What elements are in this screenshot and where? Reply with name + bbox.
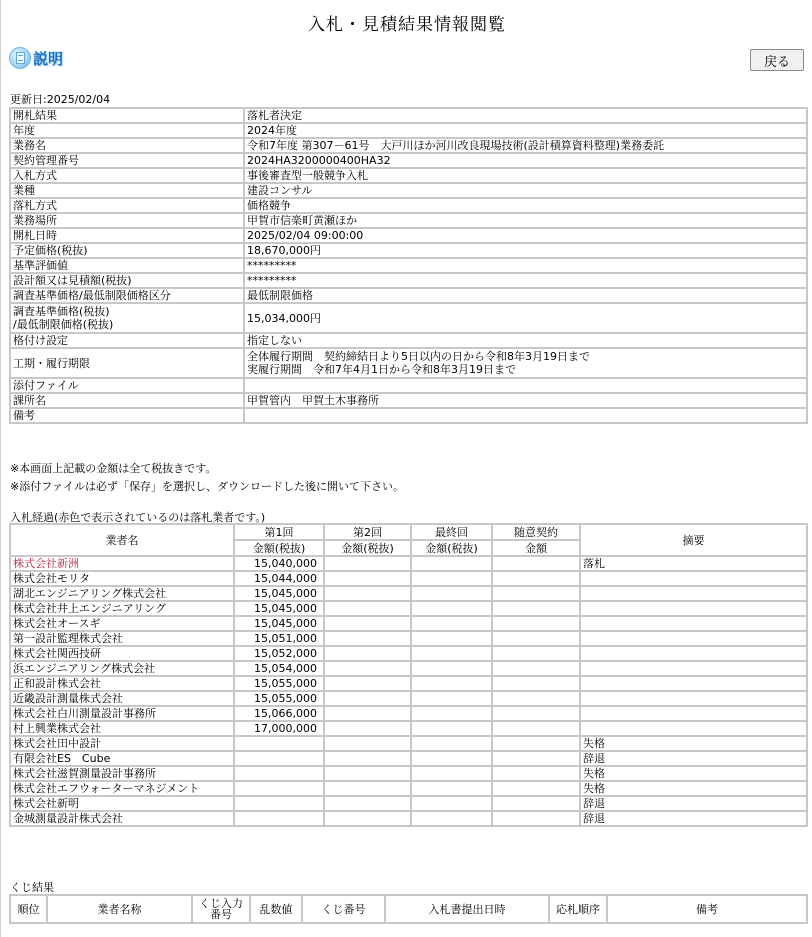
info-label: 年度 bbox=[10, 123, 244, 138]
info-value-text: ********* bbox=[247, 274, 804, 287]
info-label: 業種 bbox=[10, 183, 244, 198]
negotiated-amount bbox=[492, 751, 580, 766]
info-label-text: 開札結果 bbox=[13, 109, 241, 122]
negotiated-amount bbox=[492, 706, 580, 721]
info-label-text: 契約管理番号 bbox=[13, 154, 241, 167]
round1-amount: 15,045,000 bbox=[234, 586, 324, 601]
round2-amount bbox=[324, 556, 411, 571]
bid-row: 村上興業株式会社17,000,000 bbox=[10, 721, 807, 736]
col-header-lottery-no: くじ番号 bbox=[302, 895, 385, 923]
col-header-round1: 第1回 bbox=[234, 524, 324, 540]
bid-remarks bbox=[580, 691, 807, 706]
bid-row: 金城測量設計株式会社辞退 bbox=[10, 811, 807, 826]
bid-remarks bbox=[580, 706, 807, 721]
info-row: 業種建設コンサル bbox=[10, 183, 807, 198]
negotiated-amount bbox=[492, 766, 580, 781]
col-header-remarks: 備考 bbox=[607, 895, 807, 923]
info-label: 格付け設定 bbox=[10, 333, 244, 348]
negotiated-amount bbox=[492, 616, 580, 631]
bidder-name: 村上興業株式会社 bbox=[10, 721, 234, 736]
info-value-text: 事後審査型一般競争入札 bbox=[247, 169, 804, 182]
bid-remarks: 失格 bbox=[580, 766, 807, 781]
info-row: 入札方式事後審査型一般競争入札 bbox=[10, 168, 807, 183]
info-row: 課所名甲賀管内 甲賀土木事務所 bbox=[10, 393, 807, 408]
info-value-text: 甲賀管内 甲賀土木事務所 bbox=[247, 394, 804, 407]
col-header-random-value: 乱数値 bbox=[250, 895, 302, 923]
info-label: 予定価格(税抜) bbox=[10, 243, 244, 258]
final-amount bbox=[411, 556, 492, 571]
col-header-bid-order: 応札順序 bbox=[549, 895, 607, 923]
info-label-text: 業種 bbox=[13, 184, 241, 197]
info-value-text: 令和7年度 第307－61号 大戸川ほか河川改良現場技術(設計積算資料整理)業務… bbox=[247, 139, 804, 152]
bidder-name: 株式会社新洲 bbox=[10, 556, 234, 571]
bid-row: 株式会社白川測量設計事務所15,066,000 bbox=[10, 706, 807, 721]
final-amount bbox=[411, 706, 492, 721]
bid-remarks bbox=[580, 676, 807, 691]
col-subheader-round1-amount: 金額(税抜) bbox=[234, 540, 324, 556]
round1-amount: 15,055,000 bbox=[234, 676, 324, 691]
info-value: 令和7年度 第307－61号 大戸川ほか河川改良現場技術(設計積算資料整理)業務… bbox=[244, 138, 807, 153]
info-value: 事後審査型一般競争入札 bbox=[244, 168, 807, 183]
bidder-name: 株式会社オースギ bbox=[10, 616, 234, 631]
info-value-text: 2024HA3200000400HA32 bbox=[247, 154, 804, 167]
bidder-name: 正和設計株式会社 bbox=[10, 676, 234, 691]
final-amount bbox=[411, 751, 492, 766]
info-label-text: 業務場所 bbox=[13, 214, 241, 227]
final-amount bbox=[411, 691, 492, 706]
info-label-text: 開札日時 bbox=[13, 229, 241, 242]
info-value bbox=[244, 408, 807, 423]
bid-row: 正和設計株式会社15,055,000 bbox=[10, 676, 807, 691]
round1-amount: 15,045,000 bbox=[234, 601, 324, 616]
col-header-rank: 順位 bbox=[10, 895, 47, 923]
info-value-text: 甲賀市信楽町黄瀬ほか bbox=[247, 214, 804, 227]
negotiated-amount bbox=[492, 736, 580, 751]
info-label: 業務名 bbox=[10, 138, 244, 153]
help-label: 説明 bbox=[33, 48, 63, 69]
info-label-text: 基準評価値 bbox=[13, 259, 241, 272]
round2-amount bbox=[324, 736, 411, 751]
final-amount bbox=[411, 646, 492, 661]
negotiated-amount bbox=[492, 571, 580, 586]
info-value-text: 価格競争 bbox=[247, 199, 804, 212]
info-value: 甲賀市信楽町黄瀬ほか bbox=[244, 213, 807, 228]
round2-amount bbox=[324, 796, 411, 811]
bid-row: 株式会社エフウォーターマネジメント失格 bbox=[10, 781, 807, 796]
round1-amount: 15,044,000 bbox=[234, 571, 324, 586]
info-value: 落札者決定 bbox=[244, 108, 807, 123]
bid-row: 有限会社ES Cube辞退 bbox=[10, 751, 807, 766]
bidder-name: 近畿設計測量株式会社 bbox=[10, 691, 234, 706]
bid-row: 株式会社井上エンジニアリング15,045,000 bbox=[10, 601, 807, 616]
round1-amount bbox=[234, 781, 324, 796]
bid-row: 株式会社モリタ15,044,000 bbox=[10, 571, 807, 586]
info-row: 予定価格(税抜)18,670,000円 bbox=[10, 243, 807, 258]
info-label: 調査基準価格/最低制限価格区分 bbox=[10, 288, 244, 303]
round2-amount bbox=[324, 631, 411, 646]
final-amount bbox=[411, 616, 492, 631]
round1-amount bbox=[234, 751, 324, 766]
info-row: 契約管理番号2024HA3200000400HA32 bbox=[10, 153, 807, 168]
negotiated-amount bbox=[492, 796, 580, 811]
bid-remarks bbox=[580, 646, 807, 661]
negotiated-amount bbox=[492, 556, 580, 571]
round2-amount bbox=[324, 706, 411, 721]
bidder-name: 株式会社関西技研 bbox=[10, 646, 234, 661]
round1-amount: 15,054,000 bbox=[234, 661, 324, 676]
bid-row: 第一設計監理株式会社15,051,000 bbox=[10, 631, 807, 646]
info-label: 開札結果 bbox=[10, 108, 244, 123]
final-amount bbox=[411, 601, 492, 616]
info-row: 備考 bbox=[10, 408, 807, 423]
info-value-text: 15,034,000円 bbox=[247, 312, 804, 325]
round1-amount: 17,000,000 bbox=[234, 721, 324, 736]
info-label-text: 落札方式 bbox=[13, 199, 241, 212]
info-value: ********* bbox=[244, 273, 807, 288]
info-value bbox=[244, 378, 807, 393]
bid-row: 株式会社オースギ15,045,000 bbox=[10, 616, 807, 631]
col-header-round2: 第2回 bbox=[324, 524, 411, 540]
negotiated-amount bbox=[492, 661, 580, 676]
info-value-text: 落札者決定 bbox=[247, 109, 804, 122]
round1-amount bbox=[234, 766, 324, 781]
info-label-text: 入札方式 bbox=[13, 169, 241, 182]
round1-amount: 15,055,000 bbox=[234, 691, 324, 706]
bid-row: 株式会社関西技研15,052,000 bbox=[10, 646, 807, 661]
info-row: 調査基準価格/最低制限価格区分最低制限価格 bbox=[10, 288, 807, 303]
info-label: 課所名 bbox=[10, 393, 244, 408]
info-value-text: 2025/02/04 09:00:00 bbox=[247, 229, 804, 242]
bid-remarks bbox=[580, 721, 807, 736]
info-label: 業務場所 bbox=[10, 213, 244, 228]
info-label: 工期・履行期限 bbox=[10, 348, 244, 378]
final-amount bbox=[411, 571, 492, 586]
info-label-text: 格付け設定 bbox=[13, 334, 241, 347]
round1-amount: 15,066,000 bbox=[234, 706, 324, 721]
bid-remarks bbox=[580, 661, 807, 676]
info-value: 2025/02/04 09:00:00 bbox=[244, 228, 807, 243]
info-row: 添付ファイル bbox=[10, 378, 807, 393]
info-value: 2024HA3200000400HA32 bbox=[244, 153, 807, 168]
final-amount bbox=[411, 661, 492, 676]
final-amount bbox=[411, 721, 492, 736]
help-link[interactable]: 説明 bbox=[9, 47, 63, 69]
info-label: 開札日時 bbox=[10, 228, 244, 243]
col-header-negotiated: 随意契約 bbox=[492, 524, 580, 540]
round2-amount bbox=[324, 676, 411, 691]
round2-amount bbox=[324, 691, 411, 706]
round1-amount: 15,040,000 bbox=[234, 556, 324, 571]
bid-history-table: 業者名 第1回 第2回 最終回 随意契約 摘要 金額(税抜) 金額(税抜) 金額… bbox=[9, 523, 808, 827]
info-label-text: /最低制限価格(税抜) bbox=[13, 318, 241, 331]
round1-amount bbox=[234, 796, 324, 811]
negotiated-amount bbox=[492, 631, 580, 646]
bidder-name: 株式会社滋賀測量設計事務所 bbox=[10, 766, 234, 781]
negotiated-amount bbox=[492, 601, 580, 616]
round2-amount bbox=[324, 766, 411, 781]
bidder-name: 第一設計監理株式会社 bbox=[10, 631, 234, 646]
bid-row: 浜エンジニアリング株式会社15,054,000 bbox=[10, 661, 807, 676]
info-label: 調査基準価格(税抜)/最低制限価格(税抜) bbox=[10, 303, 244, 333]
info-label: 契約管理番号 bbox=[10, 153, 244, 168]
info-value-text: 建設コンサル bbox=[247, 184, 804, 197]
info-value-text: 実履行期間 令和7年4月1日から令和8年3月19日まで bbox=[247, 363, 804, 376]
info-label: 備考 bbox=[10, 408, 244, 423]
info-label-text: 添付ファイル bbox=[13, 379, 241, 392]
final-amount bbox=[411, 736, 492, 751]
lottery-caption: くじ結果 bbox=[10, 879, 54, 895]
info-label: 落札方式 bbox=[10, 198, 244, 213]
info-row: 格付け設定指定しない bbox=[10, 333, 807, 348]
round1-amount: 15,051,000 bbox=[234, 631, 324, 646]
bid-remarks: 失格 bbox=[580, 781, 807, 796]
info-row: 工期・履行期限全体履行期間 契約締結日より5日以内の日から令和8年3月19日まで… bbox=[10, 348, 807, 378]
col-header-lottery-input-no: くじ入力番号 bbox=[192, 895, 250, 923]
col-subheader-final-amount: 金額(税抜) bbox=[411, 540, 492, 556]
bid-remarks bbox=[580, 601, 807, 616]
bid-row: 株式会社新明辞退 bbox=[10, 796, 807, 811]
round2-amount bbox=[324, 781, 411, 796]
info-row: 開札日時2025/02/04 09:00:00 bbox=[10, 228, 807, 243]
info-value: 指定しない bbox=[244, 333, 807, 348]
info-label-text: 工期・履行期限 bbox=[13, 357, 241, 370]
info-value: 建設コンサル bbox=[244, 183, 807, 198]
final-amount bbox=[411, 781, 492, 796]
info-label-text: 備考 bbox=[13, 409, 241, 422]
info-row: 基準評価値********* bbox=[10, 258, 807, 273]
final-amount bbox=[411, 766, 492, 781]
info-row: 落札方式価格競争 bbox=[10, 198, 807, 213]
round2-amount bbox=[324, 601, 411, 616]
info-label-text: 予定価格(税抜) bbox=[13, 244, 241, 257]
bidder-name: 株式会社白川測量設計事務所 bbox=[10, 706, 234, 721]
info-label-text: 課所名 bbox=[13, 394, 241, 407]
document-icon bbox=[9, 47, 31, 69]
col-subheader-round2-amount: 金額(税抜) bbox=[324, 540, 411, 556]
final-amount bbox=[411, 811, 492, 826]
info-label: 設計額又は見積額(税抜) bbox=[10, 273, 244, 288]
info-value: ********* bbox=[244, 258, 807, 273]
bid-remarks bbox=[580, 616, 807, 631]
bidder-name: 株式会社田中設計 bbox=[10, 736, 234, 751]
info-value-text: ********* bbox=[247, 259, 804, 272]
info-label-text: 年度 bbox=[13, 124, 241, 137]
info-label-text: 設計額又は見積額(税抜) bbox=[13, 274, 241, 287]
info-value-text: 18,670,000円 bbox=[247, 244, 804, 257]
info-row: 開札結果落札者決定 bbox=[10, 108, 807, 123]
info-value: 2024年度 bbox=[244, 123, 807, 138]
negotiated-amount bbox=[492, 781, 580, 796]
note-attachment: ※添付ファイルは必ず「保存」を選択し、ダウンロードした後に開いて下さい。 bbox=[10, 478, 404, 494]
info-value: 全体履行期間 契約締結日より5日以内の日から令和8年3月19日まで実履行期間 令… bbox=[244, 348, 807, 378]
negotiated-amount bbox=[492, 811, 580, 826]
info-row: 業務場所甲賀市信楽町黄瀬ほか bbox=[10, 213, 807, 228]
final-amount bbox=[411, 631, 492, 646]
negotiated-amount bbox=[492, 646, 580, 661]
lottery-table: 順位業者名称くじ入力番号乱数値くじ番号入札書提出日時応札順序備考 bbox=[9, 894, 808, 924]
bidder-name: 株式会社モリタ bbox=[10, 571, 234, 586]
round1-amount: 15,052,000 bbox=[234, 646, 324, 661]
bid-remarks: 辞退 bbox=[580, 811, 807, 826]
info-value: 最低制限価格 bbox=[244, 288, 807, 303]
info-value: 15,034,000円 bbox=[244, 303, 807, 333]
updated-date: 更新日:2025/02/04 bbox=[10, 91, 110, 107]
info-row: 調査基準価格(税抜)/最低制限価格(税抜)15,034,000円 bbox=[10, 303, 807, 333]
info-value: 価格競争 bbox=[244, 198, 807, 213]
round2-amount bbox=[324, 616, 411, 631]
round2-amount bbox=[324, 811, 411, 826]
round2-amount bbox=[324, 661, 411, 676]
round2-amount bbox=[324, 751, 411, 766]
negotiated-amount bbox=[492, 691, 580, 706]
bid-remarks bbox=[580, 631, 807, 646]
bid-row: 近畿設計測量株式会社15,055,000 bbox=[10, 691, 807, 706]
info-label: 添付ファイル bbox=[10, 378, 244, 393]
info-value: 18,670,000円 bbox=[244, 243, 807, 258]
col-header-name: 業者名 bbox=[10, 524, 234, 556]
bidder-name: 株式会社新明 bbox=[10, 796, 234, 811]
negotiated-amount bbox=[492, 676, 580, 691]
col-header-company: 業者名称 bbox=[47, 895, 192, 923]
round1-amount bbox=[234, 736, 324, 751]
info-row: 年度2024年度 bbox=[10, 123, 807, 138]
bid-row: 株式会社田中設計失格 bbox=[10, 736, 807, 751]
negotiated-amount bbox=[492, 721, 580, 736]
bid-remarks: 落札 bbox=[580, 556, 807, 571]
info-value: 甲賀管内 甲賀土木事務所 bbox=[244, 393, 807, 408]
info-label: 基準評価値 bbox=[10, 258, 244, 273]
final-amount bbox=[411, 676, 492, 691]
round2-amount bbox=[324, 721, 411, 736]
negotiated-amount bbox=[492, 586, 580, 601]
bid-remarks: 失格 bbox=[580, 736, 807, 751]
bidder-name: 浜エンジニアリング株式会社 bbox=[10, 661, 234, 676]
round2-amount bbox=[324, 586, 411, 601]
round1-amount bbox=[234, 811, 324, 826]
col-header-remarks: 摘要 bbox=[580, 524, 807, 556]
final-amount bbox=[411, 586, 492, 601]
info-row: 業務名令和7年度 第307－61号 大戸川ほか河川改良現場技術(設計積算資料整理… bbox=[10, 138, 807, 153]
back-button[interactable]: 戻る bbox=[750, 49, 804, 71]
bidder-name: 金城測量設計株式会社 bbox=[10, 811, 234, 826]
info-value-text: 指定しない bbox=[247, 334, 804, 347]
col-subheader-negotiated-amount: 金額 bbox=[492, 540, 580, 556]
info-row: 設計額又は見積額(税抜)********* bbox=[10, 273, 807, 288]
bid-row: 湖北エンジニアリング株式会社15,045,000 bbox=[10, 586, 807, 601]
info-label: 入札方式 bbox=[10, 168, 244, 183]
info-label-text: 調査基準価格(税抜) bbox=[13, 305, 241, 318]
round1-amount: 15,045,000 bbox=[234, 616, 324, 631]
round2-amount bbox=[324, 646, 411, 661]
info-table: 開札結果落札者決定年度2024年度業務名令和7年度 第307－61号 大戸川ほか… bbox=[9, 107, 808, 424]
info-value-text: 全体履行期間 契約締結日より5日以内の日から令和8年3月19日まで bbox=[247, 350, 804, 363]
final-amount bbox=[411, 796, 492, 811]
bid-remarks bbox=[580, 586, 807, 601]
info-value-text: 2024年度 bbox=[247, 124, 804, 137]
info-value-text: 最低制限価格 bbox=[247, 289, 804, 302]
bidder-name: 株式会社エフウォーターマネジメント bbox=[10, 781, 234, 796]
col-header-final: 最終回 bbox=[411, 524, 492, 540]
note-tax: ※本画面上記載の金額は全て税抜きです。 bbox=[10, 460, 216, 476]
bidder-name: 有限会社ES Cube bbox=[10, 751, 234, 766]
col-header-submitted-at: 入札書提出日時 bbox=[385, 895, 549, 923]
bid-remarks: 辞退 bbox=[580, 796, 807, 811]
round2-amount bbox=[324, 571, 411, 586]
bid-remarks bbox=[580, 571, 807, 586]
bidder-name: 株式会社井上エンジニアリング bbox=[10, 601, 234, 616]
page-title: 入札・見積結果情報閲覧 bbox=[1, 10, 812, 35]
info-label-text: 業務名 bbox=[13, 139, 241, 152]
bid-row: 株式会社滋賀測量設計事務所失格 bbox=[10, 766, 807, 781]
bidder-name: 湖北エンジニアリング株式会社 bbox=[10, 586, 234, 601]
info-label-text: 調査基準価格/最低制限価格区分 bbox=[13, 289, 241, 302]
bid-remarks: 辞退 bbox=[580, 751, 807, 766]
bid-row: 株式会社新洲15,040,000落札 bbox=[10, 556, 807, 571]
